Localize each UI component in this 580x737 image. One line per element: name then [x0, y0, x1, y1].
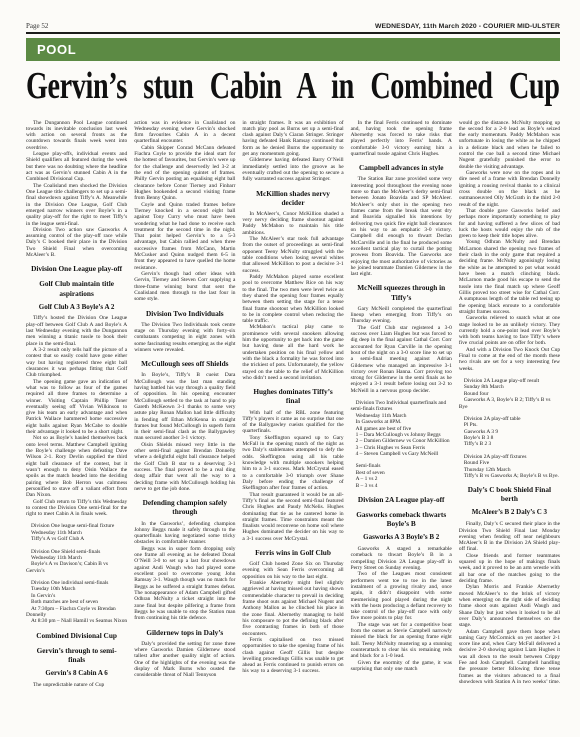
article-paragraph: Gildernew having defeated Barry O’Neill … [242, 157, 343, 182]
article-paragraph: Dylan Morris and Frankie Abernethy moved… [459, 584, 560, 628]
article-paragraph: The stage was set for a competitive bout… [351, 622, 452, 660]
column-1: The Dungannon Pool League continued towa… [26, 120, 127, 689]
article-paragraph: action was in evidence in Coalisland on … [134, 120, 235, 145]
fixture-block: Division One Shield semi-finalsWednesday… [26, 549, 127, 575]
article-paragraph: And with a Division Two Knock Out Cup Fi… [459, 347, 560, 372]
fixture-line: Boyle’s A vs Davison’s; Cabin B vs Gervi… [26, 561, 127, 574]
page-header: Page 52 WEDNESDAY, 11th March 2020 - COU… [26, 0, 560, 30]
section-heading: Gasworks comeback thwarts Boyle’s B [355, 510, 448, 528]
section-heading: Combined Divisional Cup [30, 631, 123, 640]
article-paragraph: Tiffy’s hosted the Division One League p… [26, 315, 127, 347]
header-rule [26, 32, 560, 34]
article-paragraph: With half of the RBL zone featuring Tiff… [242, 410, 343, 435]
article-paragraph: Young Odhran McNulty and Brendan McLarno… [459, 239, 560, 315]
column-3: in straight frames. It was an exhibition… [242, 120, 343, 675]
fixture-line: 2 – Damien Gildernew vs Conor McKillion [351, 438, 452, 444]
fixture-block: Semi-finalsBest of sevenA – 1 vs 2B – 3 … [351, 463, 452, 489]
article-paragraph: Two of the Leagues most consistent perfo… [351, 571, 452, 622]
section-banner: POOL [26, 38, 560, 61]
article-paragraph: Given the enormity of the game, it was s… [351, 660, 452, 673]
section-heading: McKillion shades nervy decider [246, 189, 339, 207]
fixture-block: Division One individual semi-finalsTuesd… [26, 580, 127, 625]
section-heading: Division 2A League play-off [355, 495, 448, 504]
fixture-line: Tiffy’s B vs Gasworks A; Boyle’s B vs By… [459, 473, 560, 479]
article-paragraph: Close friends and former teammates squar… [459, 553, 560, 585]
fixture-block: Division One league semi-final fixtureWe… [26, 523, 127, 542]
article-paragraph: Tony Skeffington squared up to Gary McFa… [242, 435, 343, 492]
article-paragraph: The opening game gave an indication of w… [26, 379, 127, 436]
article-paragraph: In the Gasworks’, defending champion Joh… [134, 521, 235, 546]
article-paragraph: Cabin Skipper Conrad McCann defeated Fia… [134, 145, 235, 202]
article-paragraph: Paddy McMahon played some excellent pool… [242, 274, 343, 325]
article-paragraph: That double gave Gasworks belief and per… [459, 208, 560, 240]
section-heading: Division One League play-off [30, 264, 123, 273]
article-paragraph: Gary McNeill completed the quarterfinal … [351, 306, 452, 325]
article-paragraph: Golf Club hosted Zone Six on Thursday ev… [242, 561, 343, 580]
article-paragraph: Gervin’s though had other ideas with Ger… [134, 271, 235, 303]
section-heading: Golf Club maintain title aspirations [30, 279, 123, 297]
section-heading: Defending champion safely through [138, 498, 231, 516]
fixture-block: Division 2A League play-off resultSunday… [459, 378, 560, 410]
article-paragraph: Coyle and Quinn traded frames before Tie… [134, 202, 235, 271]
section-label: POOL [26, 42, 76, 57]
article-paragraph: Gasworks were now on the ropes and in di… [459, 170, 560, 208]
article-paragraph: Adam Campbell gave them hope when taming… [459, 629, 560, 686]
fixture-line: Division Two Individual quarterfinals an… [351, 400, 452, 413]
date-line: WEDNESDAY, 11th March 2020 - COURIER MID… [375, 23, 560, 30]
fixture-line: Tiffy’s B 2 3 [459, 441, 560, 447]
article-paragraph: In Boyle’s, Tiffy’s B cueist Dara McCull… [134, 372, 235, 441]
article-paragraph: Division Two action saw Gasworks A assum… [26, 227, 127, 259]
article-paragraph: Finally, Daly’s C secured their place in… [459, 521, 560, 553]
headline-wrap: Gervin’s stun Cabin A in Combined Cup [26, 64, 560, 113]
article-paragraph: Beggs was in super form dropping only on… [134, 546, 235, 622]
section-heading: McCullough sees off Shields [138, 359, 231, 368]
article-paragraph: Frankie Abernethy might feel slightly ag… [242, 580, 343, 637]
section-heading: Campbell advances in style [355, 163, 448, 172]
match-score-heading: Gasworks A 3 Boyle’s B 2 [351, 533, 452, 542]
page-number: Page 52 [26, 22, 48, 30]
article-paragraph: would go the distance. McNulty mopping u… [459, 120, 560, 171]
section-heading: Ferris wins in Golf Club [246, 548, 339, 557]
article-paragraph: The McAleer’s star took full advantage f… [242, 236, 343, 274]
article-paragraph: Not so as Boyle’s hauled themselves back… [26, 435, 127, 498]
article-paragraph: Gasworks relieved to snatch what at one … [459, 315, 560, 347]
article-paragraph: That result guaranteed it would be an al… [242, 492, 343, 543]
fixture-line: 4 – Steven Campbell vs Gary McNeill [351, 451, 452, 457]
article-paragraph: Oisin Shields missed very little in the … [134, 442, 235, 493]
section-heading: Division Two Individuals [138, 309, 231, 318]
section-heading: Gildernew tops in Daly’s [138, 628, 231, 637]
article-paragraph: The Station Bar zone provided some very … [351, 176, 452, 277]
fixture-line: Tiffy’s A vs Golf Club A [26, 536, 127, 542]
article-paragraph: The unpredictable nature of Cup [26, 682, 127, 688]
section-heading: Hughes dominates Tiffy’s final [246, 387, 339, 405]
article-paragraph: League play-offs, individual events and … [26, 151, 127, 183]
section-heading: Gervin’s through to semi-finals [30, 646, 123, 664]
fixture-block: Division 2A play-off fixturesRound FiveT… [459, 454, 560, 480]
match-score-heading: Golf Club A 3 Boyle’s A 2 [26, 303, 127, 312]
match-score-heading: Gervin’s 8 Cabin A 6 [26, 669, 127, 678]
column-4: In the final Ferris continued to dominat… [351, 120, 452, 673]
section-heading: Daly’s C book Shield Final berth [463, 485, 556, 503]
article-paragraph: The Golf Club star registered a 3-0 succ… [351, 325, 452, 394]
article-paragraph: In the final Ferris continued to dominat… [351, 120, 452, 158]
match-score-heading: McAleer’s B 2 Daly’s C 3 [459, 508, 560, 517]
article-paragraph: in straight frames. It was an exhibition… [242, 120, 343, 158]
article-paragraph: In McAleer’s, Conor McKillion shaded a v… [242, 211, 343, 236]
fixture-line: Gasworks A 3, Boyle’s B 2; Tiffy’s B vs … [459, 397, 560, 410]
column-2: action was in evidence in Coalisland on … [134, 120, 235, 679]
fixture-line: At 8:30 pm – Niall Hamill vs Seamus Nixo… [26, 618, 127, 624]
fixture-block: Division Two Individual quarterfinals an… [351, 400, 452, 457]
fixture-line: B – 3 vs 4 [351, 483, 452, 489]
article-columns: The Dungannon Pool League continued towa… [26, 120, 560, 689]
column-5: would go the distance. McNulty mopping u… [459, 120, 560, 686]
section-heading: McNeill squeezes through in Tiffy’s [355, 283, 448, 301]
fixture-line: Division One league semi-final fixture [26, 523, 127, 529]
article-paragraph: Daly’s provided the setting for zone thr… [134, 641, 235, 679]
article-paragraph: The Dungannon Pool League continued towa… [26, 120, 127, 152]
newspaper-page: Page 52 WEDNESDAY, 11th March 2020 - COU… [0, 0, 580, 737]
headline: Gervin’s stun Cabin A in Combined Cup [26, 64, 560, 109]
article-paragraph: Gasworks A staged a remarkable comeback … [351, 546, 452, 571]
article-paragraph: Ferris capitalised on two missed opportu… [242, 637, 343, 675]
article-paragraph: The Coalisland men shocked the Division … [26, 183, 127, 227]
fixture-block: Division 2A play-off tablePl Pts.Gaswork… [459, 416, 560, 448]
article-paragraph: McMahon’s tactical play came to prominen… [242, 324, 343, 381]
fixture-line: At 7:30pm – Fiachra Coyle vs Brendan Don… [26, 606, 127, 619]
article-paragraph: Golf Club return to Tiffy’s this Wednesd… [26, 499, 127, 518]
article-paragraph: The Division Two Individuals took centre… [134, 322, 235, 354]
article-paragraph: A 3-2 result only tells half the picture… [26, 347, 127, 379]
